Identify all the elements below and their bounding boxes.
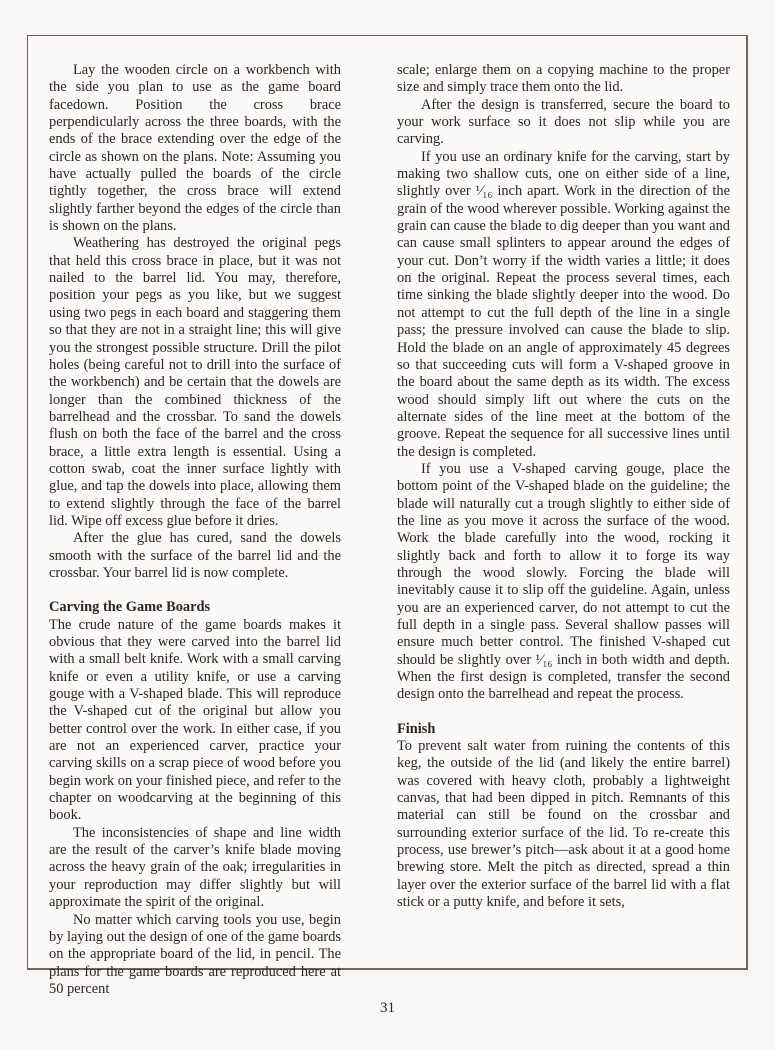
section-heading-finish: Finish	[397, 721, 730, 738]
paragraph: No matter which carving tools you use, b…	[49, 912, 341, 999]
paragraph: Lay the wooden circle on a workbench wit…	[49, 62, 341, 235]
left-column: Lay the wooden circle on a workbench wit…	[49, 62, 341, 998]
paragraph: After the glue has cured, sand the dowel…	[49, 530, 341, 582]
paragraph: The crude nature of the game boards make…	[49, 617, 341, 825]
page-number: 31	[0, 1000, 775, 1017]
paragraph: If you use a V-shaped carving gouge, pla…	[397, 461, 730, 704]
right-column: scale; enlarge them on a copying machine…	[397, 62, 730, 912]
section-heading-carving: Carving the Game Boards	[49, 599, 341, 616]
paragraph: If you use an ordinary knife for the car…	[397, 149, 730, 461]
paragraph: After the design is transferred, secure …	[397, 97, 730, 149]
paragraph: scale; enlarge them on a copying machine…	[397, 62, 730, 97]
paragraph: The inconsistencies of shape and line wi…	[49, 825, 341, 912]
paragraph: Weathering has destroyed the original pe…	[49, 235, 341, 530]
paragraph: To prevent salt water from ruining the c…	[397, 738, 730, 911]
